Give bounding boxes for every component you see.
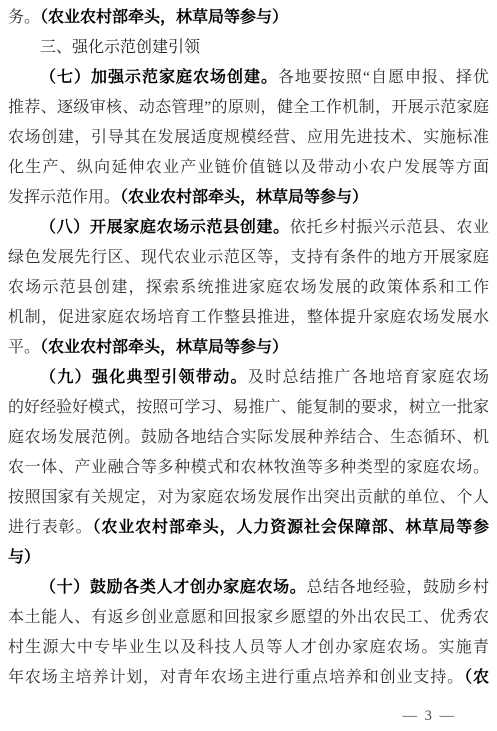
text-line: 农场示范县创建，探索系统推进家庭农场发展的政策体系和工作 xyxy=(8,273,489,303)
text-line: 本土能人、有返乡创业意愿和回报家乡愿望的外出农民工、优秀农 xyxy=(8,603,489,633)
item-title: （十）鼓励各类人才创办家庭农场。 xyxy=(40,579,306,596)
body-text: 化生产、纵向延伸农业产业链价值链以及带动小农户发展等方面 xyxy=(8,159,489,176)
body-text: 推荐、逐级审核、动态管理”的原则，健全工作机制，开展示范家庭 xyxy=(8,99,489,116)
text-line: 发挥示范作用。（农业农村部牵头，林草局等参与） xyxy=(8,183,489,213)
item-title: （七）加强示范家庭农场创建。 xyxy=(40,69,278,86)
text-line: （十）鼓励各类人才创办家庭农场。总结各地经验，鼓励乡村 xyxy=(8,573,489,603)
body-text: 总结各地经验，鼓励乡村 xyxy=(306,579,489,596)
section-heading: 三、强化示范创建引领 xyxy=(40,39,200,56)
text-line: 机制，促进家庭农场培育工作整县推进，整体提升家庭农场发展水 xyxy=(8,303,489,333)
text-line: 按照国家有关规定，对为家庭农场发展作出突出贡献的单位、个人 xyxy=(8,483,489,513)
text-line: 平。（农业农村部牵头，林草局等参与） xyxy=(8,333,489,363)
page-footer: — 3 — xyxy=(8,701,489,731)
text-line: 年农场主培养计划，对青年农场主进行重点培养和创业支持。（农 xyxy=(8,663,489,693)
text-line: （八）开展家庭农场示范县创建。依托乡村振兴示范县、农业 xyxy=(8,213,489,243)
text-line: 绿色发展先行区、现代农业示范区等，支持有条件的地方开展家庭 xyxy=(8,243,489,273)
text-line: 进行表彰。（农业农村部牵头，人力资源社会保障部、林草局等参 xyxy=(8,513,489,543)
responsibility-annotation: （农业农村部牵头，林草局等参与） xyxy=(40,339,288,356)
body-text: 发挥示范作用。 xyxy=(8,189,120,206)
item-title: （八）开展家庭农场示范县创建。 xyxy=(40,219,290,236)
text-line: 与） xyxy=(8,543,489,573)
body-text: 农场创建，引导其在发展适度规模经营、应用先进技术、实施标准 xyxy=(8,129,489,146)
body-text: 平。 xyxy=(8,339,40,356)
body-text: 务。 xyxy=(8,9,40,26)
document-page: 务。（农业农村部牵头，林草局等参与）三、强化示范创建引领（七）加强示范家庭农场创… xyxy=(0,0,497,731)
text-line: 务。（农业农村部牵头，林草局等参与） xyxy=(8,3,489,33)
page-number: — 3 — xyxy=(403,708,457,724)
body-text: 本土能人、有返乡创业意愿和回报家乡愿望的外出农民工、优秀农 xyxy=(8,609,489,626)
text-line: 农场创建，引导其在发展适度规模经营、应用先进技术、实施标准 xyxy=(8,123,489,153)
document-body: 务。（农业农村部牵头，林草局等参与）三、强化示范创建引领（七）加强示范家庭农场创… xyxy=(8,3,489,693)
text-line: 三、强化示范创建引领 xyxy=(8,33,489,63)
body-text: 依托乡村振兴示范县、农业 xyxy=(290,219,489,236)
responsibility-annotation: （农业农村部牵头，人力资源社会保障部、林草局等参 xyxy=(92,519,489,536)
body-text: 的好经验好模式，按照可学习、易推广、能复制的要求，树立一批家 xyxy=(8,399,489,416)
body-text: 绿色发展先行区、现代农业示范区等，支持有条件的地方开展家庭 xyxy=(8,249,489,266)
body-text: 庭农场发展范例。鼓励各地结合实际发展种养结合、生态循环、机 xyxy=(8,429,489,446)
text-line: 化生产、纵向延伸农业产业链价值链以及带动小农户发展等方面 xyxy=(8,153,489,183)
body-text: 年农场主培养计划，对青年农场主进行重点培养和创业支持。 xyxy=(8,669,464,686)
body-text: 村生源大中专毕业生以及科技人员等人才创办家庭农场。实施青 xyxy=(8,639,489,656)
body-text: 进行表彰。 xyxy=(8,519,92,536)
responsibility-annotation: 与） xyxy=(8,549,40,566)
body-text: 农场示范县创建，探索系统推进家庭农场发展的政策体系和工作 xyxy=(8,279,489,296)
body-text: 及时总结推广各地培育家庭农场 xyxy=(248,369,489,386)
text-line: （七）加强示范家庭农场创建。各地要按照“自愿申报、择优 xyxy=(8,63,489,93)
body-text: 按照国家有关规定，对为家庭农场发展作出突出贡献的单位、个人 xyxy=(8,489,489,506)
body-text: 机制，促进家庭农场培育工作整县推进，整体提升家庭农场发展水 xyxy=(8,309,489,326)
text-line: 推荐、逐级审核、动态管理”的原则，健全工作机制，开展示范家庭 xyxy=(8,93,489,123)
body-text: 农一体、产业融合等多种模式和农林牧渔等多种类型的家庭农场。 xyxy=(8,459,489,476)
item-title: （九）强化典型引领带动。 xyxy=(40,369,248,386)
responsibility-annotation: （农 xyxy=(464,669,489,686)
text-line: 农一体、产业融合等多种模式和农林牧渔等多种类型的家庭农场。 xyxy=(8,453,489,483)
responsibility-annotation: （农业农村部牵头，林草局等参与） xyxy=(120,189,368,206)
body-text: 各地要按照“自愿申报、择优 xyxy=(278,69,489,86)
text-line: 庭农场发展范例。鼓励各地结合实际发展种养结合、生态循环、机 xyxy=(8,423,489,453)
text-line: 村生源大中专毕业生以及科技人员等人才创办家庭农场。实施青 xyxy=(8,633,489,663)
responsibility-annotation: （农业农村部牵头，林草局等参与） xyxy=(40,9,288,26)
text-line: 的好经验好模式，按照可学习、易推广、能复制的要求，树立一批家 xyxy=(8,393,489,423)
text-line: （九）强化典型引领带动。及时总结推广各地培育家庭农场 xyxy=(8,363,489,393)
